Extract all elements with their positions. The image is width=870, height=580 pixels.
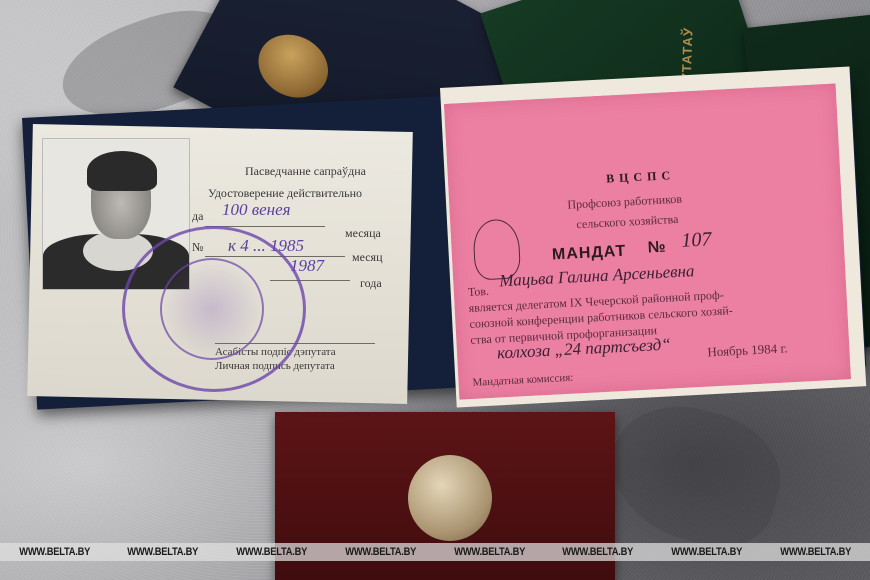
mandate-tov-label: Тов. — [468, 284, 490, 300]
watermark-text: WWW.BELTA.BY — [671, 546, 742, 558]
belta-watermark-strip: WWW.BELTA.BY WWW.BELTA.BY WWW.BELTA.BY W… — [0, 543, 870, 561]
watermark-text: WWW.BELTA.BY — [563, 546, 634, 558]
label-until: да — [192, 209, 203, 224]
delegate-mandate-card: ВЦСПС Профсоюз работников сельского хозя… — [444, 83, 851, 399]
watermark-text: WWW.BELTA.BY — [454, 546, 525, 558]
mandate-org: ВЦСПС — [606, 168, 676, 187]
watermark-text: WWW.BELTA.BY — [345, 546, 416, 558]
gold-emblem-icon — [247, 23, 339, 110]
mandate-union-line1: Профсоюз работников — [567, 192, 682, 213]
label-year: года — [360, 276, 382, 291]
watermark-text: WWW.BELTA.BY — [19, 546, 90, 558]
watermark-text: WWW.BELTA.BY — [236, 546, 307, 558]
mandate-title: МАНДАТ — [552, 243, 627, 265]
mandate-number-label: № — [647, 239, 666, 258]
stamp-emblem-icon — [160, 258, 264, 360]
handwritten-day-month: 100 венея — [222, 200, 291, 220]
mandate-number: 107 — [681, 228, 712, 253]
watermark-text: WWW.BELTA.BY — [128, 546, 199, 558]
ussr-emblem-icon — [408, 455, 492, 541]
certificate-heading-ru: Удостоверение действительно — [208, 186, 362, 201]
mandate-commission: Мандатная комиссия: — [472, 372, 573, 389]
label-month: месяц — [352, 250, 383, 265]
watermark-text: WWW.BELTA.BY — [780, 546, 851, 558]
certificate-heading-by: Пасведчанне сапраўдна — [245, 164, 366, 179]
handwritten-delegate-name: Мацьва Галина Арсеньевна — [499, 261, 695, 291]
mandate-date: Ноябрь 1984 г. — [707, 340, 788, 360]
label-month-genitive: месяца — [345, 226, 381, 241]
mandate-union-line2: сельского хозяйства — [576, 212, 679, 232]
